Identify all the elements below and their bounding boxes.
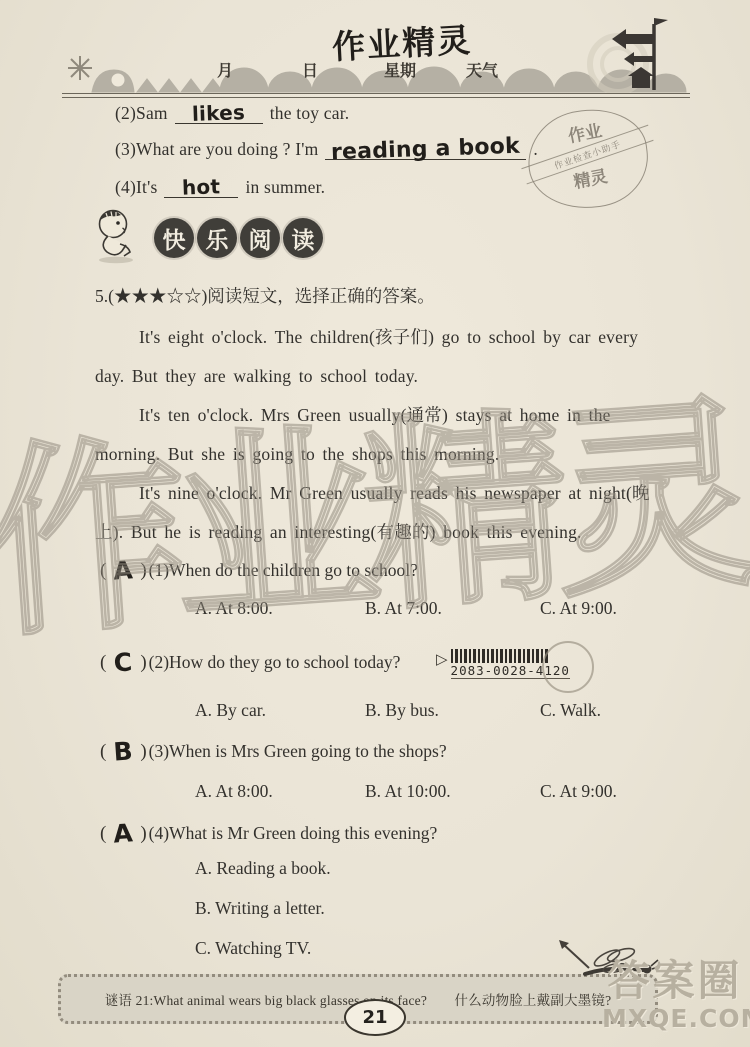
site-logo-url: MXQE.COM xyxy=(602,1006,748,1031)
fill-in-row-4: (4)It'shotin summer. xyxy=(115,176,325,198)
exercise-instruction: 5.(★★★☆☆)阅读短文，选择正确的答案。 xyxy=(95,283,435,308)
header-field-day: 日 xyxy=(302,58,318,81)
handwritten-choice: A xyxy=(105,555,141,586)
paren-close: ) xyxy=(140,652,146,674)
play-triangle-icon: ▷ xyxy=(436,650,448,668)
option-c: C. Walk. xyxy=(540,700,601,721)
option-a: A. By car. xyxy=(195,700,266,721)
fill-suffix: the toy car. xyxy=(270,103,350,123)
header-field-weather: 天气 xyxy=(466,58,498,81)
workbook-page: 作业精灵 作业精灵 xyxy=(0,0,750,1047)
page-number: 21 xyxy=(344,999,406,1036)
fill-suffix: in summer. xyxy=(245,177,325,197)
question-text: (3)When is Mrs Green going to the shops? xyxy=(149,741,447,762)
fill-prefix: (4)It's xyxy=(115,177,157,197)
handwritten-choice: A xyxy=(105,818,141,849)
fill-in-row-3: (3)What are you doing ? I'mreading a boo… xyxy=(115,139,538,160)
signpost-icon xyxy=(582,18,692,94)
fill-prefix: (3)What are you doing ? I'm xyxy=(115,139,318,159)
reading-passage: It's eight o'clock. The children(孩子们) go… xyxy=(95,318,665,552)
section-header: 快 乐 阅 读 xyxy=(86,206,326,264)
passage-line: It's nine o'clock. Mr Green usually read… xyxy=(95,474,665,513)
passage-line: day. But they are walking to school toda… xyxy=(95,357,665,396)
option-b: B. Writing a letter. xyxy=(195,898,325,919)
starburst-icon xyxy=(68,56,92,80)
mascot-boy-icon xyxy=(86,206,148,264)
question-2-options: A. By car. B. By bus. C. Walk. xyxy=(0,700,750,724)
question-text: (1)When do the children go to school? xyxy=(149,560,418,581)
paren-close: ) xyxy=(140,560,146,582)
passage-line: morning. But she is going to the shops t… xyxy=(95,435,665,474)
stamp-circle-outline xyxy=(542,641,594,693)
option-a: A. Reading a book. xyxy=(195,858,331,879)
passage-line: It's eight o'clock. The children(孩子们) go… xyxy=(95,318,665,357)
option-b: B. At 7:00. xyxy=(365,598,442,619)
passage-line: It's ten o'clock. Mrs Green usually(通常) … xyxy=(95,396,665,435)
option-a: A. At 8:00. xyxy=(195,781,273,802)
option-b: B. At 10:00. xyxy=(365,781,451,802)
handwritten-answer: likes xyxy=(192,102,246,124)
section-char: 乐 xyxy=(197,218,237,258)
header-field-month: 月 xyxy=(217,58,233,81)
section-title: 快 乐 阅 读 xyxy=(154,218,326,258)
section-char: 读 xyxy=(283,218,323,258)
handwritten-answer: hot xyxy=(182,176,221,197)
answer-blank: reading a book xyxy=(325,139,526,160)
section-char: 阅 xyxy=(240,218,280,258)
site-logo: 答案圈 MXQE.COM xyxy=(602,960,748,1031)
question-1-options: A. At 8:00. B. At 7:00. C. At 9:00. xyxy=(0,598,750,622)
paren-close: ) xyxy=(140,823,146,845)
option-c: C. Watching TV. xyxy=(195,938,311,959)
question-4: ( A ) (4)What is Mr Green doing this eve… xyxy=(100,819,437,848)
handwritten-choice: B xyxy=(105,736,141,767)
section-char: 快 xyxy=(154,218,194,258)
fill-in-row-2: (2)Samlikesthe toy car. xyxy=(115,102,349,124)
question-3: ( B ) (3)When is Mrs Green going to the … xyxy=(100,737,447,766)
handwritten-answer: reading a book xyxy=(331,137,520,164)
question-1: ( A ) (1)When do the children go to scho… xyxy=(100,556,418,585)
site-logo-name: 答案圈 xyxy=(602,960,748,1002)
option-b: B. By bus. xyxy=(365,700,439,721)
option-a: A. At 8:00. xyxy=(195,598,273,619)
header-field-week: 星期 xyxy=(384,58,416,81)
passage-line: 上). But he is reading an interesting(有趣的… xyxy=(95,513,665,552)
question-text: (4)What is Mr Green doing this evening? xyxy=(149,823,438,844)
option-c: C. At 9:00. xyxy=(540,598,617,619)
question-text: (2)How do they go to school today? xyxy=(149,652,401,673)
answer-blank: likes xyxy=(175,102,263,124)
paren-close: ) xyxy=(140,741,146,763)
question-2: ( C ) (2)How do they go to school today? xyxy=(100,648,400,677)
question-3-options: A. At 8:00. B. At 10:00. C. At 9:00. xyxy=(0,781,750,805)
answer-blank: hot xyxy=(164,176,238,198)
fill-prefix: (2)Sam xyxy=(115,103,168,123)
checker-stamp: 作业 作业检查小助手 精灵 xyxy=(522,103,653,215)
page-number-text: 21 xyxy=(362,1007,387,1028)
option-c: C. At 9:00. xyxy=(540,781,617,802)
handwritten-choice: C xyxy=(105,647,141,678)
header-divider xyxy=(62,93,690,98)
barcode-bars xyxy=(451,649,549,663)
